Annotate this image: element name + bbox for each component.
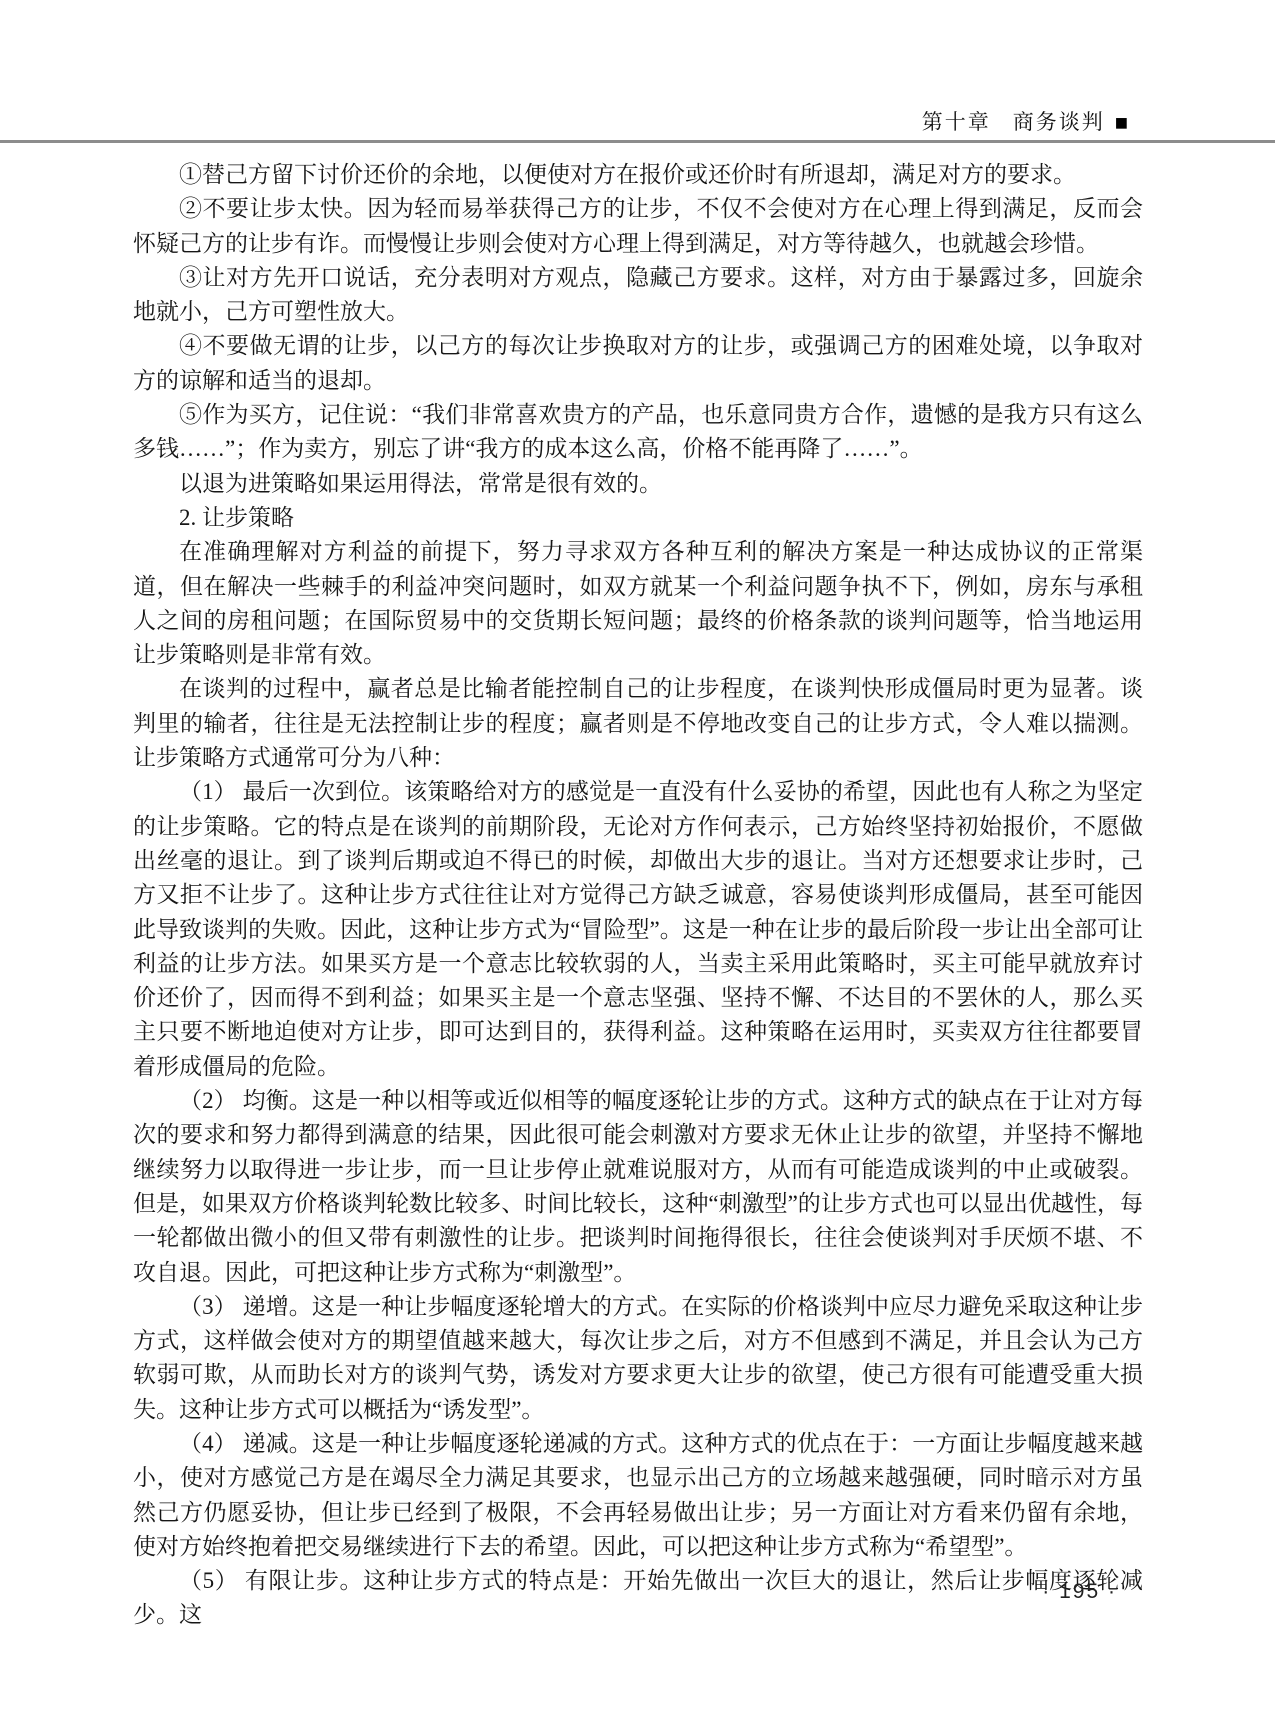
- black-square-icon: ■: [1115, 110, 1128, 135]
- paragraph-item-1: ①替己方留下讨价还价的余地，以便使对方在报价或还价时有所退却，满足对方的要求。: [133, 158, 1143, 192]
- paragraph-strategy-1: （1） 最后一次到位。该策略给对方的感觉是一直没有什么妥协的希望，因此也有人称之…: [133, 775, 1143, 1084]
- page-number: · 195 ·: [133, 1580, 1143, 1604]
- paragraph-item-4: ④不要做无谓的让步，以己方的每次让步换取对方的让步，或强调己方的困难处境，以争取…: [133, 329, 1143, 398]
- paragraph-item-2: ②不要让步太快。因为轻而易举获得己方的让步，不仅不会使对方在心理上得到满足，反而…: [133, 192, 1143, 261]
- paragraph-strategy-3: （3） 递增。这是一种让步幅度逐轮增大的方式。在实际的价格谈判中应尽力避免采取这…: [133, 1290, 1143, 1427]
- chapter-title: 商务谈判: [1013, 110, 1105, 134]
- paragraph-strategy-4: （4） 递减。这是一种让步幅度逐轮递减的方式。这种方式的优点在于：一方面让步幅度…: [133, 1427, 1143, 1564]
- chapter-label: 第十章: [922, 110, 991, 134]
- paragraph-strategy-2: （2） 均衡。这是一种以相等或近似相等的幅度逐轮让步的方式。这种方式的缺点在于让…: [133, 1084, 1143, 1290]
- running-header: 第十章商务谈判■: [133, 106, 1128, 136]
- paragraph-summary: 以退为进策略如果运用得法，常常是很有效的。: [133, 467, 1143, 501]
- book-page: 第十章商务谈判■ ①替己方留下讨价还价的余地，以便使对方在报价或还价时有所退却，…: [0, 0, 1275, 1718]
- header-rule: [0, 140, 1275, 143]
- paragraph-intro-2: 在谈判的过程中，赢者总是比输者能控制自己的让步程度，在谈判快形成僵局时更为显著。…: [133, 672, 1143, 775]
- page-body: ①替己方留下讨价还价的余地，以便使对方在报价或还价时有所退却，满足对方的要求。 …: [133, 158, 1143, 1633]
- paragraph-intro: 在准确理解对方利益的前提下，努力寻求双方各种互利的解决方案是一种达成协议的正常渠…: [133, 535, 1143, 672]
- paragraph-item-5: ⑤作为买方，记住说：“我们非常喜欢贵方的产品，也乐意同贵方合作，遗憾的是我方只有…: [133, 398, 1143, 467]
- section-heading: 2. 让步策略: [133, 501, 1143, 535]
- paragraph-item-3: ③让对方先开口说话，充分表明对方观点，隐藏己方要求。这样，对方由于暴露过多，回旋…: [133, 261, 1143, 330]
